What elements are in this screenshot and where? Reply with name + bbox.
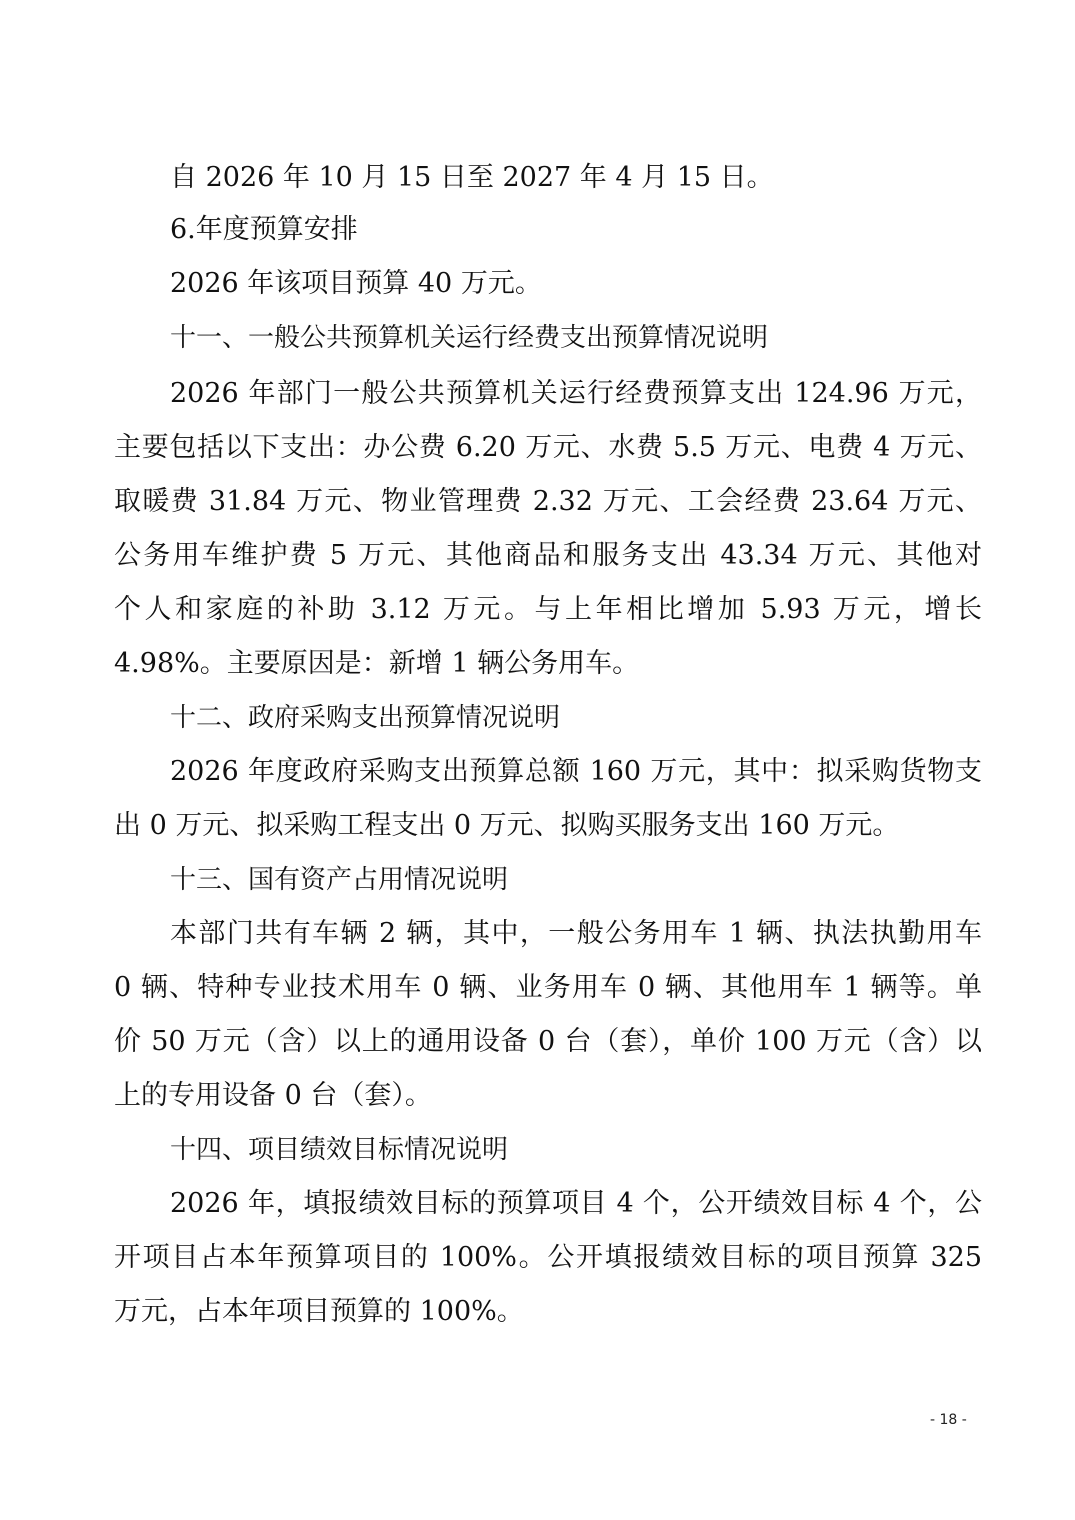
body-text-line: 2026 年度政府采购支出预算总额 160 万元，其中：拟采购货物支 (170, 754, 982, 790)
body-text-line: 2026 年，填报绩效目标的预算项目 4 个，公开绩效目标 4 个，公 (170, 1186, 982, 1222)
body-text-line: 4.98%。主要原因是：新增 1 辆公务用车。 (114, 646, 982, 682)
body-text-line: 开项目占本年预算项目的 100%。公开填报绩效目标的项目预算 325 (114, 1240, 982, 1276)
body-text-line: 价 50 万元（含）以上的通用设备 0 台（套），单价 100 万元（含）以 (114, 1024, 982, 1060)
section-heading-14: 十四、项目绩效目标情况说明 (170, 1132, 982, 1168)
body-text-line: 自 2026 年 10 月 15 日至 2027 年 4 月 15 日。 (170, 160, 982, 196)
section-heading-11: 十一、一般公共预算机关运行经费支出预算情况说明 (170, 320, 982, 356)
body-text-line: 2026 年该项目预算 40 万元。 (170, 266, 982, 302)
body-text-line: 0 辆、特种专业技术用车 0 辆、业务用车 0 辆、其他用车 1 辆等。单 (114, 970, 982, 1006)
document-page: 自 2026 年 10 月 15 日至 2027 年 4 月 15 日。 6.年… (0, 0, 1075, 1520)
body-text-line: 个人和家庭的补助 3.12 万元。与上年相比增加 5.93 万元，增长 (114, 592, 982, 628)
page-number: - 18 - (930, 1412, 967, 1428)
body-text-line: 万元，占本年项目预算的 100%。 (114, 1294, 982, 1330)
body-text-line: 2026 年部门一般公共预算机关运行经费预算支出 124.96 万元， (170, 376, 982, 412)
section-heading-13: 十三、国有资产占用情况说明 (170, 862, 982, 898)
body-text-line: 出 0 万元、拟采购工程支出 0 万元、拟购买服务支出 160 万元。 (114, 808, 982, 844)
body-text-line: 公务用车维护费 5 万元、其他商品和服务支出 43.34 万元、其他对 (114, 538, 982, 574)
body-text-line: 取暖费 31.84 万元、物业管理费 2.32 万元、工会经费 23.64 万元… (114, 484, 982, 520)
body-text-line: 本部门共有车辆 2 辆，其中，一般公务用车 1 辆、执法执勤用车 (170, 916, 982, 952)
body-text-line: 上的专用设备 0 台（套）。 (114, 1078, 982, 1114)
section-heading-12: 十二、政府采购支出预算情况说明 (170, 700, 982, 736)
subheading-annual-budget: 6.年度预算安排 (170, 212, 982, 248)
body-text-line: 主要包括以下支出：办公费 6.20 万元、水费 5.5 万元、电费 4 万元、 (114, 430, 982, 466)
